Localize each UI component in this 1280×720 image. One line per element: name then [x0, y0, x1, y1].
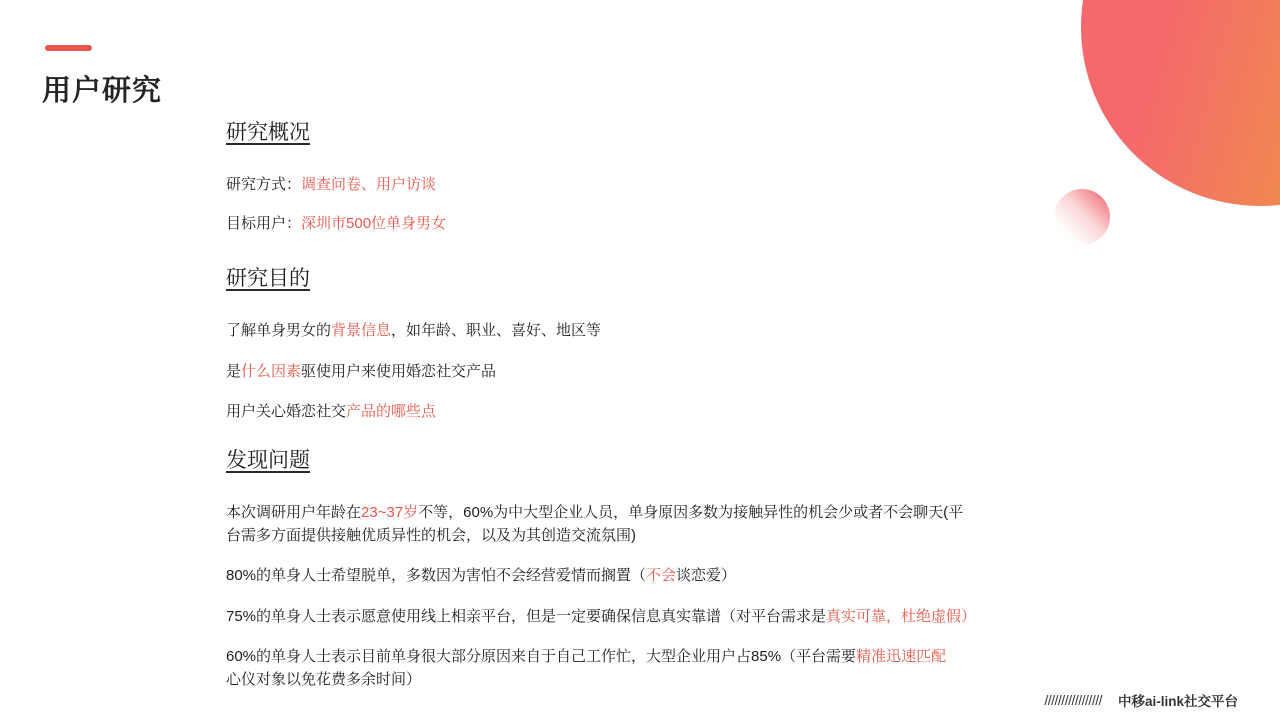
body-text: 目标用户： — [226, 215, 301, 232]
highlighted-text: 23~37岁 — [361, 504, 418, 521]
body-text: 60%的单身人士表示目前单身很大部分原因来自于自己工作忙，大型企业用户占85%（… — [226, 648, 856, 665]
highlighted-text: 精准迅速匹配 — [856, 648, 946, 665]
body-text: 心仪对象以免花费多余时间） — [226, 671, 421, 688]
paragraph: 研究方式：调查问卷、用户访谈 — [226, 174, 1098, 197]
body-text: ，如年龄、职业、喜好、地区等 — [391, 322, 601, 339]
section-heading-research-overview: 研究概况 — [226, 118, 310, 147]
page-title: 用户研究 — [42, 68, 162, 109]
highlighted-text: 背景信息 — [331, 322, 391, 339]
paragraph: 目标用户：深圳市500位单身男女 — [226, 213, 1098, 236]
highlighted-text: 不会 — [646, 567, 676, 584]
section-heading-findings: 发现问题 — [226, 446, 310, 475]
section-research-overview: 研究概况 研究方式：调查问卷、用户访谈目标用户：深圳市500位单身男女 — [226, 118, 1098, 251]
section-paragraphs: 研究方式：调查问卷、用户访谈目标用户：深圳市500位单身男女 — [226, 174, 1098, 235]
highlighted-text: 什么因素 — [241, 363, 301, 380]
highlighted-text: 真实可靠，杜绝虚假） — [826, 608, 976, 625]
footer: ///////////////// 中移ai-link社交平台 — [1044, 690, 1238, 710]
highlighted-text: 调查问卷、用户访谈 — [301, 176, 436, 193]
body-text: 驱使用户来使用婚恋社交产品 — [301, 363, 496, 380]
section-heading-research-purpose: 研究目的 — [226, 264, 310, 293]
section-findings: 发现问题 本次调研用户年龄在23~37岁不等，60%为中大型企业人员，单身原因多… — [226, 446, 1098, 709]
slide: 用户研究 研究概况 研究方式：调查问卷、用户访谈目标用户：深圳市500位单身男女… — [0, 0, 1280, 720]
body-text: 谈恋爱） — [676, 567, 736, 584]
corner-gradient-blob-decoration — [1081, 0, 1280, 206]
body-text: 80%的单身人士希望脱单，多数因为害怕不会经营爱情而搁置（ — [226, 567, 646, 584]
paragraph: 是什么因素驱使用户来使用婚恋社交产品 — [226, 361, 1098, 384]
paragraph: 60%的单身人士表示目前单身很大部分原因来自于自己工作忙，大型企业用户占85%（… — [226, 646, 1098, 691]
body-text: 了解单身男女的 — [226, 322, 331, 339]
highlighted-text: 深圳市500位单身男女 — [301, 215, 446, 232]
title-dash-decoration — [45, 45, 92, 51]
paragraph: 了解单身男女的背景信息，如年龄、职业、喜好、地区等 — [226, 320, 1098, 343]
highlighted-text: 产品的哪些点 — [346, 403, 436, 420]
body-text: 本次调研用户年龄在 — [226, 504, 361, 521]
body-text: 75%的单身人士表示愿意使用线上相亲平台，但是一定要确保信息真实靠谱（对平台需求… — [226, 608, 826, 625]
paragraph: 用户关心婚恋社交产品的哪些点 — [226, 401, 1098, 424]
paragraph: 75%的单身人士表示愿意使用线上相亲平台，但是一定要确保信息真实靠谱（对平台需求… — [226, 606, 1098, 629]
section-paragraphs: 本次调研用户年龄在23~37岁不等，60%为中大型企业人员，单身原因多数为接触异… — [226, 502, 1098, 691]
body-text: 用户关心婚恋社交 — [226, 403, 346, 420]
footer-brand: 中移ai-link社交平台 — [1118, 690, 1238, 710]
section-paragraphs: 了解单身男女的背景信息，如年龄、职业、喜好、地区等是什么因素驱使用户来使用婚恋社… — [226, 320, 1098, 424]
body-text: 台需多方面提供接触优质异性的机会，以及为其创造交流氛围) — [226, 527, 636, 544]
body-text: 研究方式： — [226, 176, 301, 193]
paragraph: 本次调研用户年龄在23~37岁不等，60%为中大型企业人员，单身原因多数为接触异… — [226, 502, 1098, 547]
footer-slashes-decoration: ///////////////// — [1044, 692, 1102, 708]
section-research-purpose: 研究目的 了解单身男女的背景信息，如年龄、职业、喜好、地区等是什么因素驱使用户来… — [226, 264, 1098, 442]
paragraph: 80%的单身人士希望脱单，多数因为害怕不会经营爱情而搁置（不会谈恋爱） — [226, 565, 1098, 588]
body-text: 不等，60%为中大型企业人员，单身原因多数为接触异性的机会少或者不会聊天(平 — [418, 504, 963, 521]
body-text: 是 — [226, 363, 241, 380]
